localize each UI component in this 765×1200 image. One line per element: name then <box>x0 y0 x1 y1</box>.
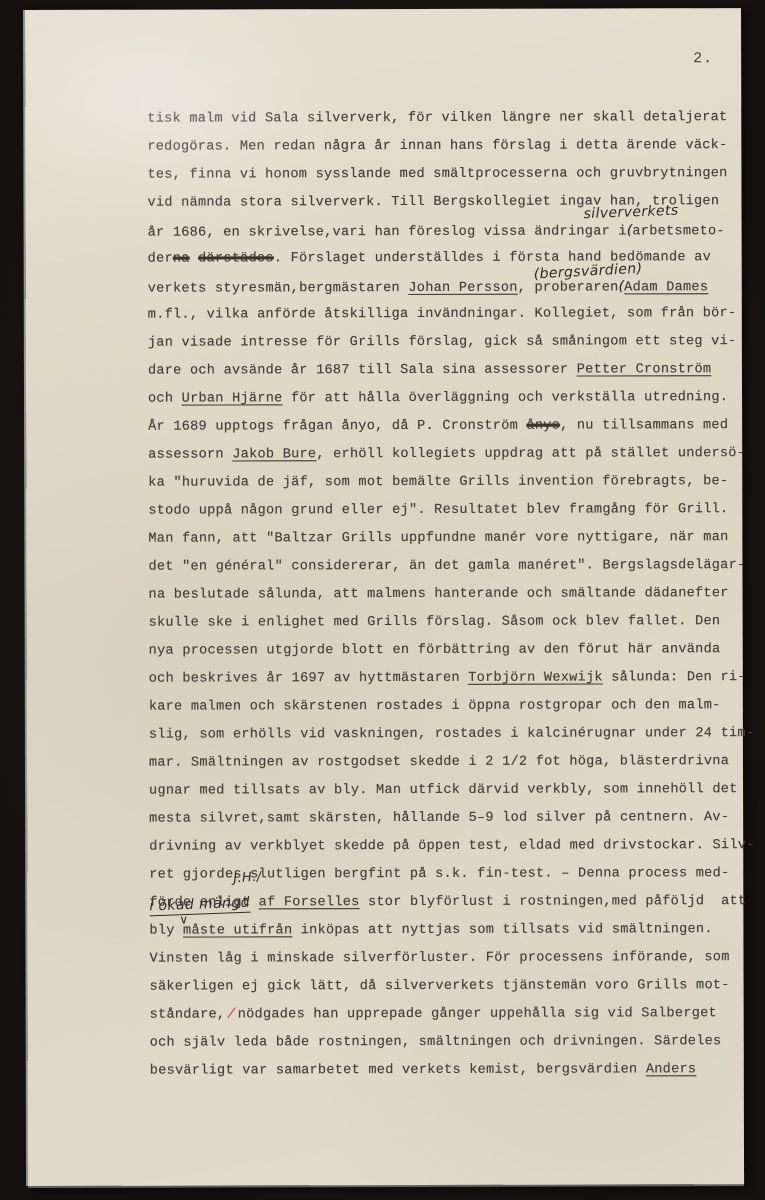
text-segment: Urban Hjärne <box>182 391 283 406</box>
text-line: dare och avsände år 1687 till Sala sina … <box>148 356 734 386</box>
text-line: verkets styresmän,bergmästaren Johan Per… <box>148 272 734 302</box>
document-page: 2. tisk malm vid Sala silververk, för vi… <box>25 8 744 1186</box>
text-segment: ka "huruvida de jäf, som mot bemälte Gri… <box>148 474 728 491</box>
page-number: 2. <box>693 50 713 67</box>
text-segment: därstädes <box>198 251 274 266</box>
text-segment: na <box>173 252 190 267</box>
text-segment: och beskrives år 1697 av hyttmästaren <box>149 671 469 687</box>
text-segment: ståndare, <box>150 1007 226 1022</box>
text-line: tisk malm vid Sala silververk, för vilke… <box>147 104 733 134</box>
text-segment: skulle ske i enlighet med Grills förslag… <box>149 614 721 630</box>
text-segment: drivning av verkblyet skedde på öppen te… <box>149 838 754 855</box>
text-segment: m.fl., vilka anförde åtskilliga invändni… <box>148 306 737 323</box>
red-editing-mark: / <box>225 1007 237 1022</box>
text-segment: dare och avsände år 1687 till Sala sina … <box>148 363 577 379</box>
text-line: m.fl., vilka anförde åtskilliga invändni… <box>148 300 734 330</box>
handwritten-i-okad-mangd: i ökad mängd <box>149 895 250 917</box>
text-line: derna därstädes. Förslaget underställdes… <box>148 244 734 274</box>
text-segment: måste utifrån <box>183 923 292 938</box>
text-line: ståndare,/nödgades han upprepade gånger … <box>150 1000 736 1030</box>
text-segment: Vinsten låg i minskade silverförluster. … <box>149 950 729 967</box>
text-segment: stor blyförlust i rostningen,med påföljd… <box>360 894 747 910</box>
text-line: nya processen utgjorde blott en förbättr… <box>149 636 735 666</box>
text-segment: Adam Dames <box>624 280 708 295</box>
text-line: ka "huruvida de jäf, som mot bemälte Gri… <box>148 468 734 498</box>
text-segment: nödgades han upprepade gånger uppehålla … <box>238 1006 717 1022</box>
text-line: och beskrives år 1697 av hyttmästaren To… <box>149 664 735 694</box>
text-line: det "en général" considererar, än det ga… <box>148 552 734 582</box>
text-segment: arbetsmeto- <box>632 224 725 239</box>
text-line: mar. Smältningen av rostgodset skedde i … <box>149 748 735 778</box>
text-segment: mesta silvret,samt skärsten, hållande 5–… <box>149 810 729 827</box>
text-segment: der <box>148 252 173 267</box>
text-line: slig, som erhölls vid vaskningen, rostad… <box>149 720 735 750</box>
text-line: år 1686, en skrivelse,vari han föreslog … <box>148 216 734 246</box>
text-segment: , erhöll kollegiets uppdrag att på ställ… <box>316 446 745 462</box>
text-line: assessorn Jakob Bure, erhöll kollegiets … <box>148 440 734 470</box>
text-segment: och själv leda både rostningen, smältnin… <box>150 1034 722 1050</box>
text-segment: tes, finna vi honom sysslande med smältp… <box>147 166 727 183</box>
text-segment: år 1686, en skrivelse,vari han föreslog … <box>148 224 627 240</box>
text-segment: redogöras. Men redan några år innan hans… <box>147 138 727 155</box>
text-line: Man fann, att "Baltzar Grills uppfundne … <box>148 524 734 554</box>
text-segment: sålunda: Den ri- <box>603 670 746 685</box>
text-segment: af Forselles <box>259 895 360 910</box>
text-segment: . Förslaget underställdes i första hand … <box>274 250 711 266</box>
text-segment: nya processen utgjorde blott en förbättr… <box>149 642 721 658</box>
text-segment: mar. Smältningen av rostgodset skedde i … <box>149 754 729 771</box>
text-line: bly måste utifrån inköpas att nyttjas so… <box>149 916 735 946</box>
text-line: na beslutade sålunda, att malmens hanter… <box>148 580 734 610</box>
text-segment: Johan Persson <box>408 281 517 296</box>
text-segment: ugnar med tillsats av bly. Man utfick dä… <box>149 782 738 799</box>
text-line: säkerligen ej gick lätt, då silververket… <box>150 972 736 1002</box>
text-line: tes, finna vi honom sysslande med smältp… <box>147 160 733 190</box>
text-segment: stodo uppå någon grund eller ej". Result… <box>148 502 728 519</box>
text-segment: besvärligt var samarbetet med verkets ke… <box>150 1062 646 1078</box>
text-segment: Petter Cronström <box>577 362 712 377</box>
text-segment: År 1689 upptogs frågan ånyo, då P. Crons… <box>148 419 526 435</box>
text-segment: na beslutade sålunda, att malmens hanter… <box>149 586 729 603</box>
text-line: Vinsten låg i minskade silverförluster. … <box>149 944 735 974</box>
text-segment: det "en général" considererar, än det ga… <box>148 558 745 575</box>
text-segment: , nu tillsammans med <box>560 418 728 433</box>
handwritten-caret: ∨ <box>179 913 188 927</box>
text-line: drivning av verkblyet skedde på öppen te… <box>149 832 735 862</box>
text-segment: , proberaren <box>518 280 619 295</box>
text-line: mesta silvret,samt skärsten, hållande 5–… <box>149 804 735 834</box>
text-segment: Anders <box>646 1062 696 1077</box>
text-line: och själv leda både rostningen, smältnin… <box>150 1028 736 1058</box>
text-segment: Man fann, att "Baltzar Grills uppfundne … <box>148 530 728 547</box>
text-line: kare malmen och skärstenen rostades i öp… <box>149 692 735 722</box>
text-line: År 1689 upptogs frågan ånyo, då P. Crons… <box>148 412 734 442</box>
text-line: stodo uppå någon grund eller ej". Result… <box>148 496 734 526</box>
text-segment: och <box>148 392 182 407</box>
handwritten-jh-initials: J.H./ <box>233 869 262 886</box>
text-segment: jan visade intresse för Grills förslag, … <box>148 334 737 351</box>
text-segment: för att hålla överläggning och verkställ… <box>283 390 729 406</box>
text-line: jan visade intresse för Grills förslag, … <box>148 328 734 358</box>
text-segment: tisk malm vid Sala silververk, för vilke… <box>147 110 727 127</box>
typewritten-text: tisk malm vid Sala silververk, för vilke… <box>147 104 736 1086</box>
text-line: ugnar med tillsats av bly. Man utfick dä… <box>149 776 735 806</box>
text-segment: bly <box>149 924 183 939</box>
text-line: besvärligt var samarbetet med verkets ke… <box>150 1056 736 1086</box>
text-segment: verkets styresmän,bergmästaren <box>148 281 409 297</box>
text-segment: kare malmen och skärstenen rostades i öp… <box>149 698 721 714</box>
text-line: skulle ske i enlighet med Grills förslag… <box>149 608 735 638</box>
text-segment: inköpas att nyttjas som tillsats vid smä… <box>292 922 712 938</box>
text-segment: Jakob Bure <box>232 447 316 462</box>
text-line: och Urban Hjärne för att hålla överläggn… <box>148 384 734 414</box>
text-segment: ånyo <box>526 419 560 434</box>
text-segment: assessorn <box>148 447 232 462</box>
text-line: redogöras. Men redan några år innan hans… <box>147 132 733 162</box>
text-segment: slig, som erhölls vid vaskningen, rostad… <box>149 726 754 743</box>
text-segment: säkerligen ej gick lätt, då silververket… <box>150 978 730 995</box>
text-segment: Torbjörn Wexwijk <box>468 670 603 685</box>
